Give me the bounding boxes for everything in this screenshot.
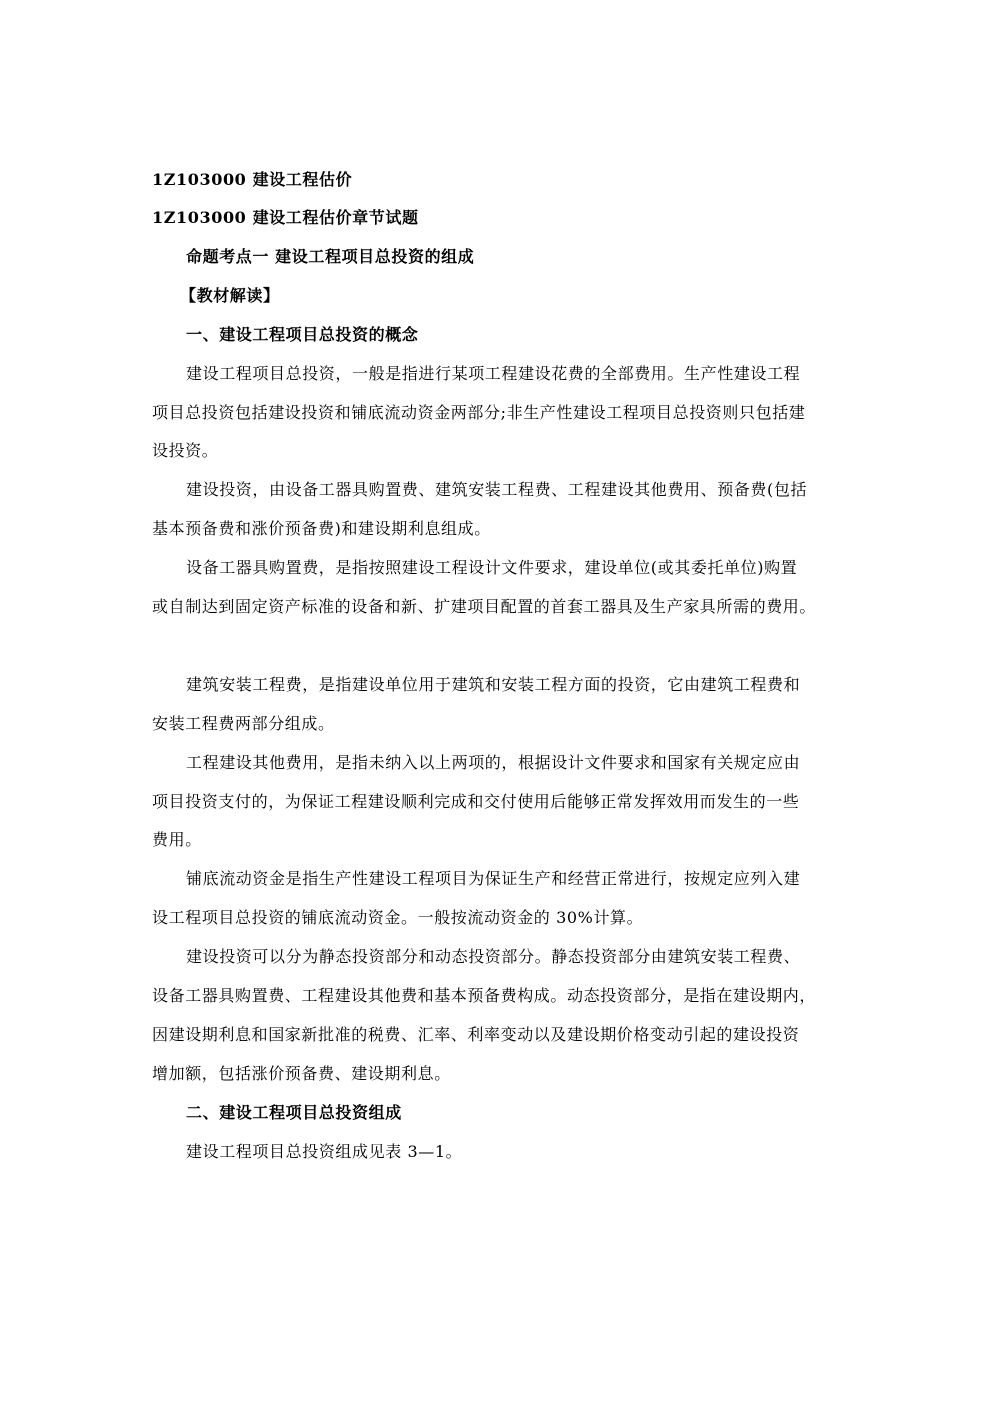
paragraph-line: 建设投资可以分为静态投资部分和动态投资部分。静态投资部分由建筑安装工程费、 bbox=[186, 947, 800, 967]
paragraph-line: 设备工器具购置费、工程建设其他费和基本预备费构成。动态投资部分，是指在建设期内， bbox=[152, 986, 816, 1006]
paragraph-line: 建设工程项目总投资，一般是指进行某项工程建设花费的全部费用。生产性建设工程 bbox=[186, 364, 800, 384]
paragraph-line: 费用。 bbox=[152, 830, 202, 850]
paragraph-line: 设投资。 bbox=[152, 441, 218, 461]
paragraph-line: 项目投资支付的，为保证工程建设顺利完成和交付使用后能够正常发挥效用而发生的一些 bbox=[152, 792, 799, 812]
section-label: 【教材解读】 bbox=[180, 286, 280, 306]
section-1-title: 一、建设工程项目总投资的概念 bbox=[186, 325, 418, 345]
paragraph-line: 项目总投资包括建设投资和铺底流动资金两部分;非生产性建设工程项目总投资则只包括建 bbox=[152, 403, 805, 423]
paragraph-line: 因建设期利息和国家新批准的税费、汇率、利率变动以及建设期价格变动引起的建设投资 bbox=[152, 1025, 799, 1045]
paragraph-line: 增加额，包括涨价预备费、建设期利息。 bbox=[152, 1064, 451, 1084]
paragraph-line: 工程建设其他费用，是指未纳入以上两项的，根据设计文件要求和国家有关规定应由 bbox=[186, 753, 800, 773]
paragraph-line: 安装工程费两部分组成。 bbox=[152, 714, 335, 734]
paragraph-line: 或自制达到固定资产标准的设备和新、扩建项目配置的首套工器具及生产家具所需的费用。 bbox=[152, 597, 816, 617]
heading-2: 1Z103000 建设工程估价章节试题 bbox=[152, 208, 419, 228]
paragraph-line: 建筑安装工程费，是指建设单位用于建筑和安装工程方面的投资，它由建筑工程费和 bbox=[186, 675, 800, 695]
paragraph-line: 建设投资，由设备工器具购置费、建筑安装工程费、工程建设其他费用、预备费(包括 bbox=[186, 480, 807, 500]
paragraph-line: 铺底流动资金是指生产性建设工程项目为保证生产和经营正常进行，按规定应列入建 bbox=[186, 869, 800, 889]
paragraph-line: 设工程项目总投资的铺底流动资金。一般按流动资金的 30%计算。 bbox=[152, 908, 643, 928]
paragraph-line: 设备工器具购置费，是指按照建设工程设计文件要求，建设单位(或其委托单位)购置 bbox=[186, 558, 797, 578]
heading-1: 1Z103000 建设工程估价 bbox=[152, 170, 352, 190]
section-2-title: 二、建设工程项目总投资组成 bbox=[186, 1103, 402, 1123]
paragraph-line: 基本预备费和涨价预备费)和建设期利息组成。 bbox=[152, 519, 491, 539]
topic-heading: 命题考点一 建设工程项目总投资的组成 bbox=[186, 247, 474, 267]
paragraph-line: 建设工程项目总投资组成见表 3—1。 bbox=[186, 1142, 462, 1162]
